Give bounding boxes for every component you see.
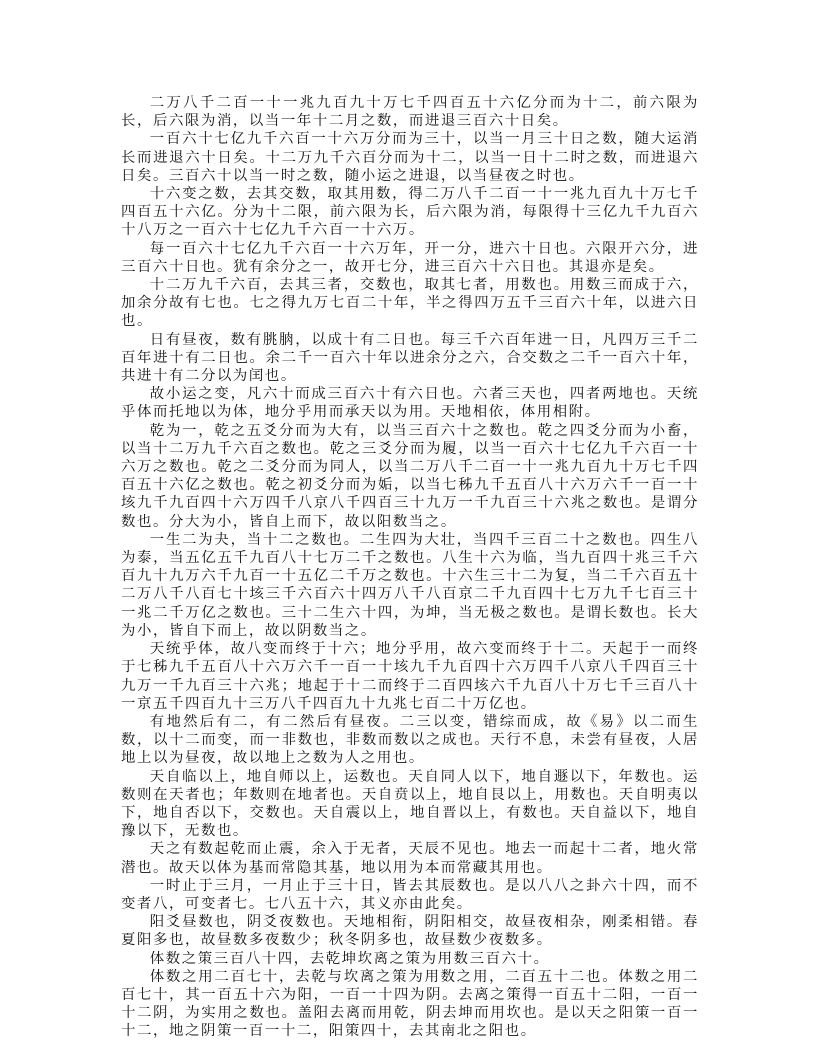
paragraph: 天之有数起乾而止震，余入于无者，天辰不见也。地去一而起十二者，地火常潜也。故天以… <box>121 840 699 876</box>
paragraph: 天统乎体，故八变而终于十六；地分乎用，故六变而终于十二。天起于一而终于七秭九千五… <box>121 640 699 713</box>
paragraph: 一生二为夬，当十二之数也。二生四为大壮，当四千三百二十之数也。四生八为泰，当五亿… <box>121 531 699 640</box>
paragraph: 二万八千二百一十一兆九百九十万七千四百五十六亿分而为十二，前六限为长，后六限为消… <box>121 94 699 130</box>
document-page: 二万八千二百一十一兆九百九十万七千四百五十六亿分而为十二，前六限为长，后六限为消… <box>121 94 699 1041</box>
paragraph: 十二万九千六百，去其三者，交数也，取其七者，用数也。用数三而成于六，加余分故有七… <box>121 276 699 331</box>
paragraph: 日有昼夜，数有朓朒，以成十有二日也。每三千六百年进一日，凡四万三千二百年进十有二… <box>121 331 699 386</box>
paragraph: 一百六十七亿九千六百一十六万分而为三十，以当一月三十日之数，随大运消长而进退六十… <box>121 130 699 185</box>
paragraph: 阳爻昼数也，阴爻夜数也。天地相衔，阴阳相交，故昼夜相杂，刚柔相错。春夏阳多也，故… <box>121 913 699 949</box>
paragraph: 天自临以上，地自师以上，运数也。天自同人以下，地自遯以下，年数也。运数则在天者也… <box>121 768 699 841</box>
paragraph: 故小运之变，凡六十而成三百六十有六日也。六者三天也，四者两地也。天统乎体而托地以… <box>121 385 699 421</box>
paragraph: 十六变之数，去其交数，取其用数，得二万八千二百一十一兆九百九十万七千四百五十六亿… <box>121 185 699 240</box>
paragraph: 有地然后有二，有二然后有昼夜。二三以变，错综而成，故《易》以二而生数，以十二而变… <box>121 713 699 768</box>
paragraph: 体数之策三百八十四，去乾坤坎离之策为用数三百六十。 <box>121 950 699 968</box>
paragraph: 体数之用二百七十，去乾与坎离之策为用数之用，二百五十二也。体数之用二百七十，其一… <box>121 968 699 1041</box>
paragraph: 每一百六十七亿九千六百一十六万年，开一分，进六十日也。六限开六分，进三百六十日也… <box>121 240 699 276</box>
paragraph: 乾为一，乾之五爻分而为大有，以当三百六十之数也。乾之四爻分而为小畜，以当十二万九… <box>121 422 699 531</box>
paragraph: 一时止于三月，一月止于三十日，皆去其辰数也。是以八八之卦六十四，而不变者八，可变… <box>121 877 699 913</box>
